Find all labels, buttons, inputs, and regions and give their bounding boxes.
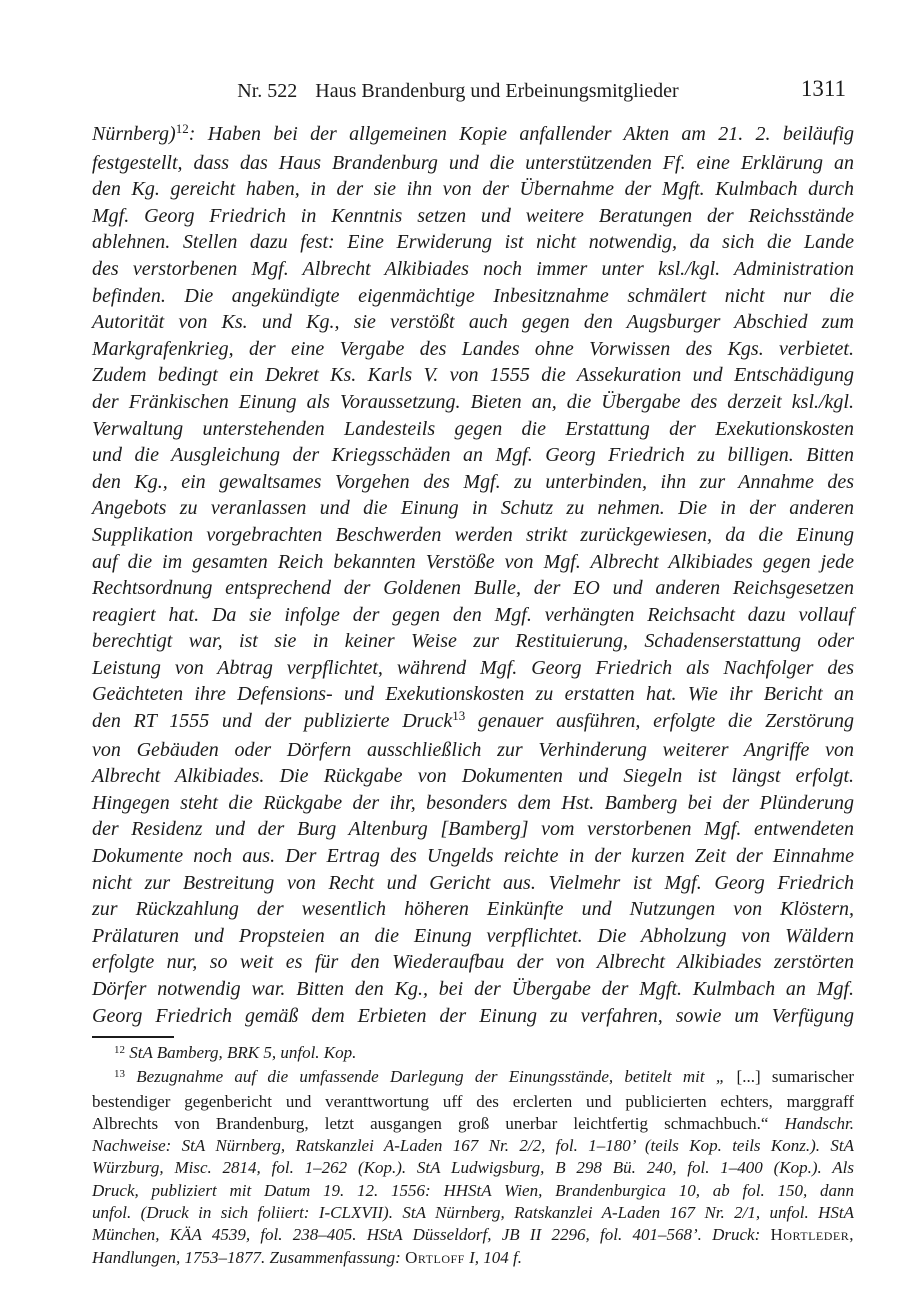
body-line: Dörfer notwendig war. Bitten den Kg., be… xyxy=(92,976,854,1003)
body-line: Prälaturen und Propsteien an die Einung … xyxy=(92,923,854,950)
text-segment: Supplikation vorgebrachten Beschwerden w… xyxy=(92,524,854,546)
text-segment: Hingegen steht die Rückgabe der ihr, bes… xyxy=(92,792,854,814)
text-segment: festgestellt, dass das Haus Brandenburg … xyxy=(92,152,854,174)
text-segment: reagiert hat. Da sie infolge der gegen d… xyxy=(92,604,854,626)
body-line: nicht zur Bestreitung von Recht und Geri… xyxy=(92,870,854,897)
body-line: erfolgte nur, so weit es für den Wiedera… xyxy=(92,949,854,976)
text-segment: StA Bamberg, BRK 5, unfol. Kop. xyxy=(125,1043,356,1062)
footnote-line: 12 StA Bamberg, BRK 5, unfol. Kop. xyxy=(92,1042,854,1066)
text-segment: Handschr. xyxy=(785,1114,854,1133)
text-segment: auf die im gesamten Reich bekannten Vers… xyxy=(92,551,854,573)
body-line: Zudem bedingt ein Dekret Ks. Karls V. vo… xyxy=(92,362,854,389)
text-segment: berechtigt war, ist sie in keiner Weise … xyxy=(92,630,854,652)
text-segment: Rechtsordnung entsprechend der Goldenen … xyxy=(92,577,854,599)
text-segment: Angebots zu veranlassen und die Einung i… xyxy=(92,497,854,519)
text-segment: Verwaltung unterstehenden Landesteils ge… xyxy=(92,418,854,440)
body-line: reagiert hat. Da sie infolge der gegen d… xyxy=(92,602,854,629)
text-segment: Dörfer notwendig war. Bitten den Kg., be… xyxy=(92,978,854,1000)
text-segment: der Fränkischen Einung als Voraussetzung… xyxy=(92,391,854,413)
text-segment: München, KÄA 4539, fol. 238–405. HStA Dü… xyxy=(92,1225,771,1244)
footnotes: 12 StA Bamberg, BRK 5, unfol. Kop.13 Bez… xyxy=(92,1042,854,1269)
footnote-line: Handlungen, 1753–1877. Zusammenfassung: … xyxy=(92,1247,854,1269)
text-segment: Georg Friedrich gemäß dem Erbieten der E… xyxy=(92,1005,854,1027)
page-header: Nr. 522Haus Brandenburg und Erbeinungsmi… xyxy=(92,78,854,104)
body-line: Angebots zu veranlassen und die Einung i… xyxy=(92,495,854,522)
body-line: Nürnberg)12: Haben bei der allgemeinen K… xyxy=(92,121,854,150)
text-segment: Hortleder, xyxy=(771,1225,854,1244)
body-line: der Residenz und der Burg Altenburg [Bam… xyxy=(92,816,854,843)
footnote-line: Nachweise: StA Nürnberg, Ratskanzlei A-L… xyxy=(92,1135,854,1157)
footnote-line: unfol. (Druck in sich foliiert: I-CLXVII… xyxy=(92,1202,854,1224)
text-segment: unfol. (Druck in sich foliiert: I-CLXVII… xyxy=(92,1203,854,1222)
body-line: Verwaltung unterstehenden Landesteils ge… xyxy=(92,416,854,443)
text-segment: von Gebäuden oder Dörfern ausschließlich… xyxy=(92,739,854,761)
text-segment: erfolgte nur, so weit es für den Wiedera… xyxy=(92,951,854,973)
text-segment: Leistung von Abtrag verpflichtet, währen… xyxy=(92,657,854,679)
footnote-marker: 13 xyxy=(114,1068,125,1080)
footnote-separator xyxy=(92,1036,174,1038)
text-segment: Mgf. Georg Friedrich in Kenntnis setzen … xyxy=(92,205,854,227)
text-segment: : Haben bei der allgemeinen Kopie anfall… xyxy=(189,123,854,145)
text-segment: genauer ausführen, erfolgte die Zerstöru… xyxy=(465,710,854,732)
body-line: berechtigt war, ist sie in keiner Weise … xyxy=(92,628,854,655)
text-segment: den RT 1555 und der publizierte Druck xyxy=(92,710,452,732)
text-segment: Ortloff xyxy=(405,1248,465,1267)
book-page: Nr. 522Haus Brandenburg und Erbeinungsmi… xyxy=(0,0,900,1300)
body-line: Autorität von Ks. und Kg., sie verstößt … xyxy=(92,309,854,336)
body-line: Mgf. Georg Friedrich in Kenntnis setzen … xyxy=(92,203,854,230)
footnote-line: München, KÄA 4539, fol. 238–405. HStA Dü… xyxy=(92,1224,854,1246)
text-segment: ablehnen. Stellen dazu fest: Eine Erwide… xyxy=(92,231,854,253)
footnote-marker: 13 xyxy=(452,708,465,723)
text-segment: des verstorbenen Mgf. Albrecht Alkibiade… xyxy=(92,258,854,280)
text-segment: [...] sumarischer xyxy=(725,1067,854,1086)
text-segment: Dokumente noch aus. Der Ertrag des Ungel… xyxy=(92,845,854,867)
text-segment: bestendiger gegenbericht und veranttwort… xyxy=(92,1092,854,1111)
text-segment: Markgrafenkrieg, der eine Vergabe des La… xyxy=(92,338,854,360)
body-line: zur Rückzahlung der wesentlich höheren E… xyxy=(92,896,854,923)
text-segment: Handlungen, 1753–1877. Zusammenfassung: xyxy=(92,1248,405,1267)
footnote-line: Albrechts von Brandenburg, letzt ausgang… xyxy=(92,1113,854,1135)
footnote-marker: 12 xyxy=(114,1044,125,1056)
body-line: Supplikation vorgebrachten Beschwerden w… xyxy=(92,522,854,549)
footnote-line: 13 Bezugnahme auf die umfassende Darlegu… xyxy=(92,1066,854,1090)
body-line: Markgrafenkrieg, der eine Vergabe des La… xyxy=(92,336,854,363)
body-line: von Gebäuden oder Dörfern ausschließlich… xyxy=(92,737,854,764)
text-segment: und die Ausgleichung der Kriegsschäden a… xyxy=(92,444,854,466)
text-segment: Autorität von Ks. und Kg., sie verstößt … xyxy=(92,311,854,333)
text-segment: den Kg., ein gewaltsames Vorgehen des Mg… xyxy=(92,471,854,493)
footnote-line: Würzburg, Misc. 2814, fol. 1–262 (Kop.).… xyxy=(92,1157,854,1179)
body-text: Nürnberg)12: Haben bei der allgemeinen K… xyxy=(92,121,854,1029)
footnote-marker: 12 xyxy=(176,121,189,136)
text-segment: Albrecht Alkibiades. Die Rückgabe von Do… xyxy=(92,765,854,787)
running-title: Nr. 522Haus Brandenburg und Erbeinungsmi… xyxy=(92,78,824,104)
body-line: Geächteten ihre Defensions- und Exekutio… xyxy=(92,681,854,708)
text-segment: zur Rückzahlung der wesentlich höheren E… xyxy=(92,898,854,920)
text-segment: den Kg. gereicht haben, in der sie ihn v… xyxy=(92,178,854,200)
document-number: Nr. 522 xyxy=(237,80,297,102)
body-line: festgestellt, dass das Haus Brandenburg … xyxy=(92,150,854,177)
text-segment: Würzburg, Misc. 2814, fol. 1–262 (Kop.).… xyxy=(92,1158,854,1177)
text-segment: Prälaturen und Propsteien an die Einung … xyxy=(92,925,854,947)
text-segment: Nürnberg) xyxy=(92,123,176,145)
text-segment: Zudem bedingt ein Dekret Ks. Karls V. vo… xyxy=(92,364,854,386)
body-line: Albrecht Alkibiades. Die Rückgabe von Do… xyxy=(92,763,854,790)
body-line: Dokumente noch aus. Der Ertrag des Ungel… xyxy=(92,843,854,870)
text-segment: befinden. Die angekündigte eigenmächtige… xyxy=(92,285,854,307)
footnote-line: Druck, publiziert mit Datum 19. 12. 1556… xyxy=(92,1180,854,1202)
header-title-text: Haus Brandenburg und Erbeinungsmitgliede… xyxy=(315,80,678,102)
body-line: Leistung von Abtrag verpflichtet, währen… xyxy=(92,655,854,682)
page-number: 1311 xyxy=(801,76,846,102)
body-line: und die Ausgleichung der Kriegsschäden a… xyxy=(92,442,854,469)
text-segment: Albrechts von Brandenburg, letzt ausgang… xyxy=(92,1114,785,1133)
text-segment: der Residenz und der Burg Altenburg [Bam… xyxy=(92,818,854,840)
body-line: auf die im gesamten Reich bekannten Vers… xyxy=(92,549,854,576)
body-line: den Kg. gereicht haben, in der sie ihn v… xyxy=(92,176,854,203)
text-segment: Geächteten ihre Defensions- und Exekutio… xyxy=(92,683,854,705)
body-line: den Kg., ein gewaltsames Vorgehen des Mg… xyxy=(92,469,854,496)
body-line: den RT 1555 und der publizierte Druck13 … xyxy=(92,708,854,737)
text-segment: Bezugnahme auf die umfassende Darlegung … xyxy=(125,1067,725,1086)
body-line: Hingegen steht die Rückgabe der ihr, bes… xyxy=(92,790,854,817)
body-line: Georg Friedrich gemäß dem Erbieten der E… xyxy=(92,1003,854,1030)
text-segment: I, 104 f. xyxy=(465,1248,522,1267)
text-segment: nicht zur Bestreitung von Recht und Geri… xyxy=(92,872,854,894)
body-line: befinden. Die angekündigte eigenmächtige… xyxy=(92,283,854,310)
footnote-line: bestendiger gegenbericht und veranttwort… xyxy=(92,1091,854,1113)
body-line: Rechtsordnung entsprechend der Goldenen … xyxy=(92,575,854,602)
body-line: des verstorbenen Mgf. Albrecht Alkibiade… xyxy=(92,256,854,283)
text-segment: Nachweise: StA Nürnberg, Ratskanzlei A-L… xyxy=(92,1136,854,1155)
body-line: der Fränkischen Einung als Voraussetzung… xyxy=(92,389,854,416)
text-segment: Druck, publiziert mit Datum 19. 12. 1556… xyxy=(92,1181,854,1200)
body-line: ablehnen. Stellen dazu fest: Eine Erwide… xyxy=(92,229,854,256)
